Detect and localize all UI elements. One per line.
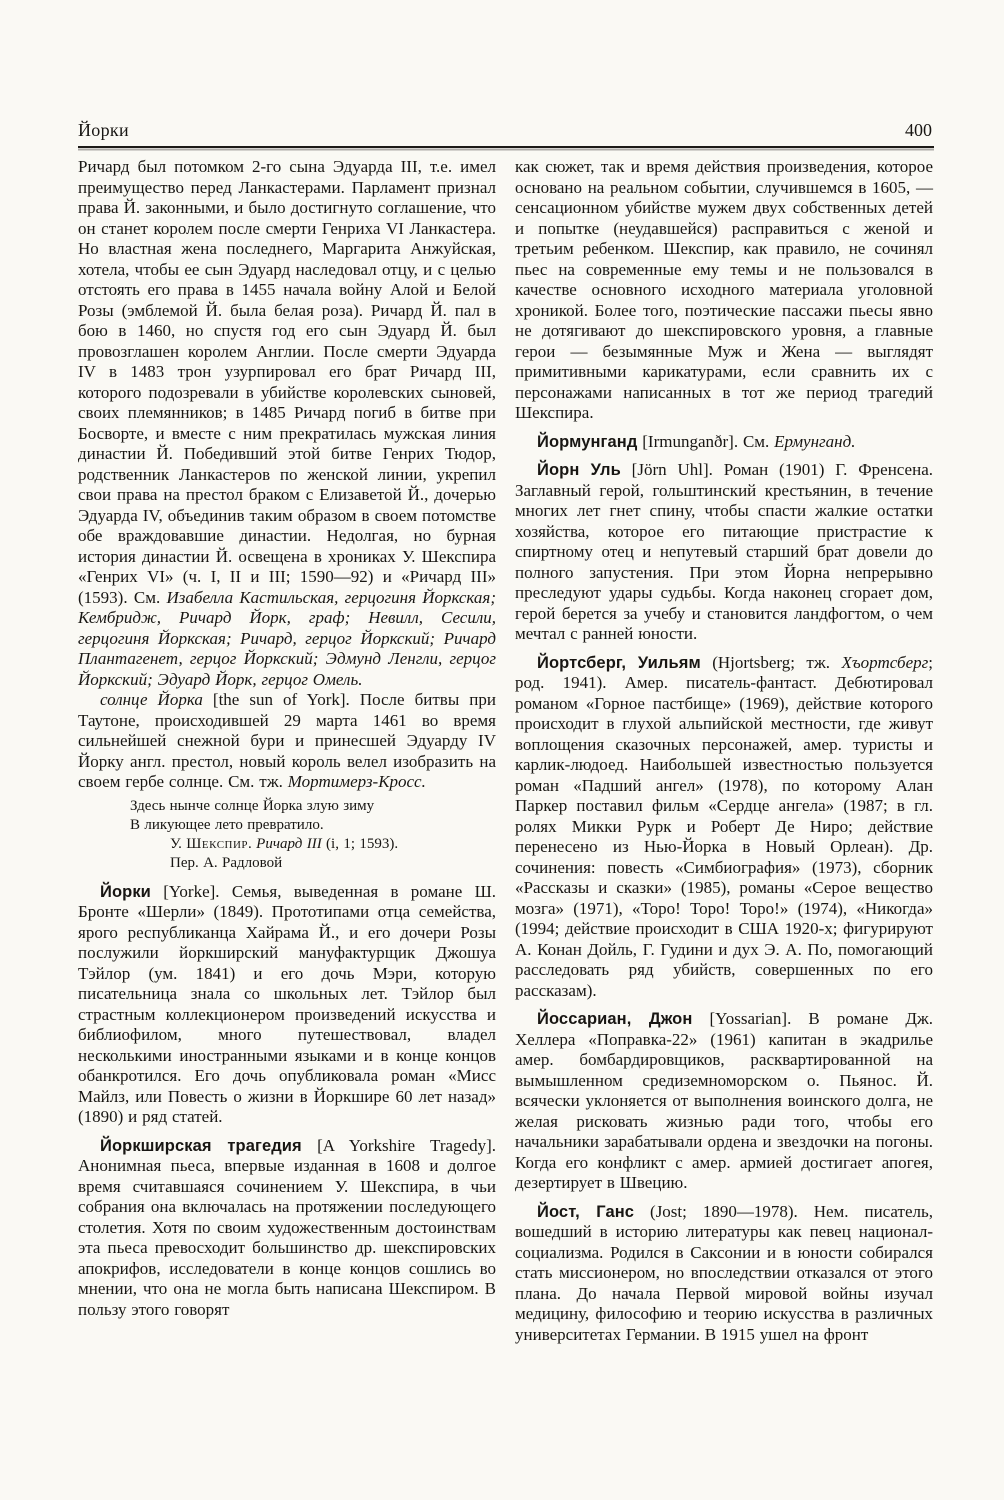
entry-paragraph: Йормунганд [Irmunganðr]. См. Ермунганд. <box>515 432 933 453</box>
text-run: Хъортсберг <box>841 653 928 672</box>
text-columns: Ричард был потомком 2-го сына Эдуарда II… <box>78 157 934 1345</box>
entry-headword: Йост, Ганс <box>537 1203 634 1221</box>
entry-headword: Йоркширская трагедия <box>100 1137 302 1155</box>
text-run: Ричард III <box>256 836 322 852</box>
text-run: Мортимерз-Кросс. <box>288 772 426 791</box>
quote-attribution: У. Шекспир. Ричард III (i, 1; 1593). <box>170 835 496 855</box>
text-run: У. <box>170 836 186 852</box>
entry-headword: Йорки <box>100 883 151 901</box>
quote-line: Здесь нынче солнце Йорка злую зиму <box>130 798 374 814</box>
entry-headword: Йоссариан, Джон <box>537 1010 692 1028</box>
entry-headword: Йорн Уль <box>537 461 621 479</box>
text-run: [Irmunganðr]. См. <box>637 432 774 451</box>
right-column: как сюжет, так и время действия произвед… <box>515 157 933 1345</box>
entry-paragraph: Йост, Ганс (Jost; 1890—1978). Нем. писат… <box>515 1202 933 1346</box>
text-run: солнце Йорка <box>100 690 203 709</box>
text-run: (Jost; 1890—1978). Нем. писатель, вошедш… <box>515 1202 933 1344</box>
text-run: [Yossarian]. В романе Дж. Хеллера «Попра… <box>515 1009 933 1192</box>
text-run: . <box>248 836 256 852</box>
text-run: [A Yorkshire Tragedy]. Анонимная пьеса, … <box>78 1136 496 1319</box>
text-run: [Yorke]. Семья, выведенная в романе Ш. Б… <box>78 882 496 1127</box>
entry-paragraph: Йоссариан, Джон [Yossarian]. В романе Дж… <box>515 1009 933 1194</box>
entry-paragraph: Йорки [Yorke]. Семья, выведенная в роман… <box>78 882 496 1128</box>
running-head: Йорки <box>78 120 129 141</box>
text-run: (i, 1; 1593). <box>322 836 398 852</box>
text-run: Шекспир <box>186 836 248 852</box>
quote-line: В ликующее лето превратило. <box>130 817 324 833</box>
dictionary-page: Йорки 400 Ричард был потомком 2-го сына … <box>0 0 1004 1500</box>
entry-headword: Йормунганд <box>537 433 637 451</box>
quote-attribution: Пер. А. Радловой <box>170 854 496 874</box>
entry-paragraph: Йоркширская трагедия [A Yorkshire Traged… <box>78 1136 496 1321</box>
text-run: Ричард был потомком 2-го сына Эдуарда II… <box>78 157 496 607</box>
text-run: (Hjortsberg; тж. <box>701 653 842 672</box>
text-run: Пер. А. Радловой <box>170 855 282 871</box>
body-paragraph: как сюжет, так и время действия произвед… <box>515 157 933 424</box>
text-run: Ермунганд. <box>774 432 855 451</box>
page-header: Йорки 400 <box>78 120 932 141</box>
entry-paragraph: Йортсберг, Уильям (Hjortsberg; тж. Хъорт… <box>515 653 933 1002</box>
body-paragraph: Ричард был потомком 2-го сына Эдуарда II… <box>78 157 496 690</box>
left-column: Ричард был потомком 2-го сына Эдуарда II… <box>78 157 496 1345</box>
entry-paragraph: Йорн Уль [Jörn Uhl]. Роман (1901) Г. Фре… <box>515 460 933 645</box>
quote-block: Здесь нынче солнце Йорка злую зимуВ лику… <box>130 797 496 835</box>
text-run: как сюжет, так и время действия произвед… <box>515 157 933 422</box>
text-run: [Jörn Uhl]. Роман (1901) Г. Френсена. За… <box>515 460 933 643</box>
entry-headword: Йортсберг, Уильям <box>537 654 701 672</box>
body-paragraph: солнце Йорка [the sun of York]. После би… <box>78 690 496 793</box>
page-number: 400 <box>905 120 932 141</box>
header-rule <box>78 146 934 148</box>
text-run: ; род. 1941). Амер. писатель-фантаст. Де… <box>515 653 933 1000</box>
